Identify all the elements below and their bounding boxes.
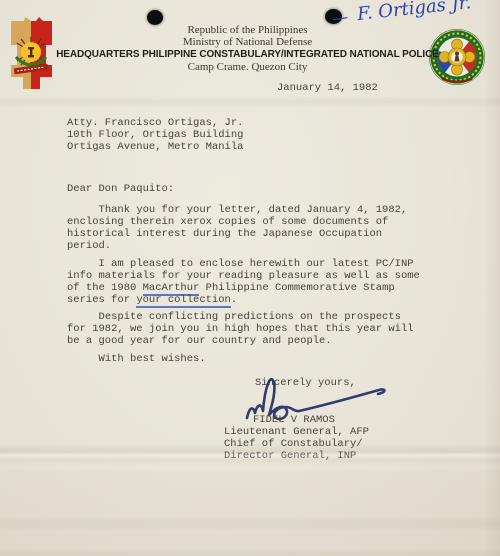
salutation: Dear Don Paquito:: [67, 183, 174, 195]
philippine-constabulary-emblem-icon: [9, 17, 55, 93]
body-paragraph-3: Despite conflicting predictions on the p…: [67, 311, 437, 347]
handwritten-name-annotation: F. Ortigas Jr.: [356, 0, 472, 25]
signer-name: FIDEL V RAMOS: [253, 414, 335, 426]
paper-shading: [0, 470, 500, 556]
letterhead-line2: Ministry of National Defense: [55, 36, 440, 48]
body-paragraph-1: Thank you for your letter, dated January…: [67, 204, 437, 252]
pen-underlined-your-collection: your collection: [136, 294, 231, 308]
letterhead-line1: Republic of the Philippines: [55, 24, 440, 36]
body-paragraph-2: I am pleased to enclose herewith our lat…: [67, 258, 437, 306]
paper-crease: [0, 96, 500, 108]
paragraph2-text: .: [231, 294, 237, 306]
punch-hole-left: [147, 10, 163, 25]
scanned-letter-page: — F. Ortigas Jr.: [0, 0, 500, 556]
signer-titles: Lieutenant General, AFP Chief of Constab…: [224, 426, 369, 462]
letterhead-line4: Camp Crame. Quezon City: [55, 61, 440, 73]
closing-wishes: With best wishes.: [67, 353, 206, 365]
recipient-address: Atty. Francisco Ortigas, Jr. 10th Floor,…: [67, 117, 243, 153]
letter-date: January 14, 1982: [277, 82, 378, 94]
letterhead-line3: HEADQUARTERS PHILIPPINE CONSTABULARY/INT…: [55, 48, 440, 61]
paper-crease: [0, 516, 500, 532]
letterhead: Republic of the Philippines Ministry of …: [55, 24, 440, 73]
paper-edge-shadow: [0, 548, 500, 556]
